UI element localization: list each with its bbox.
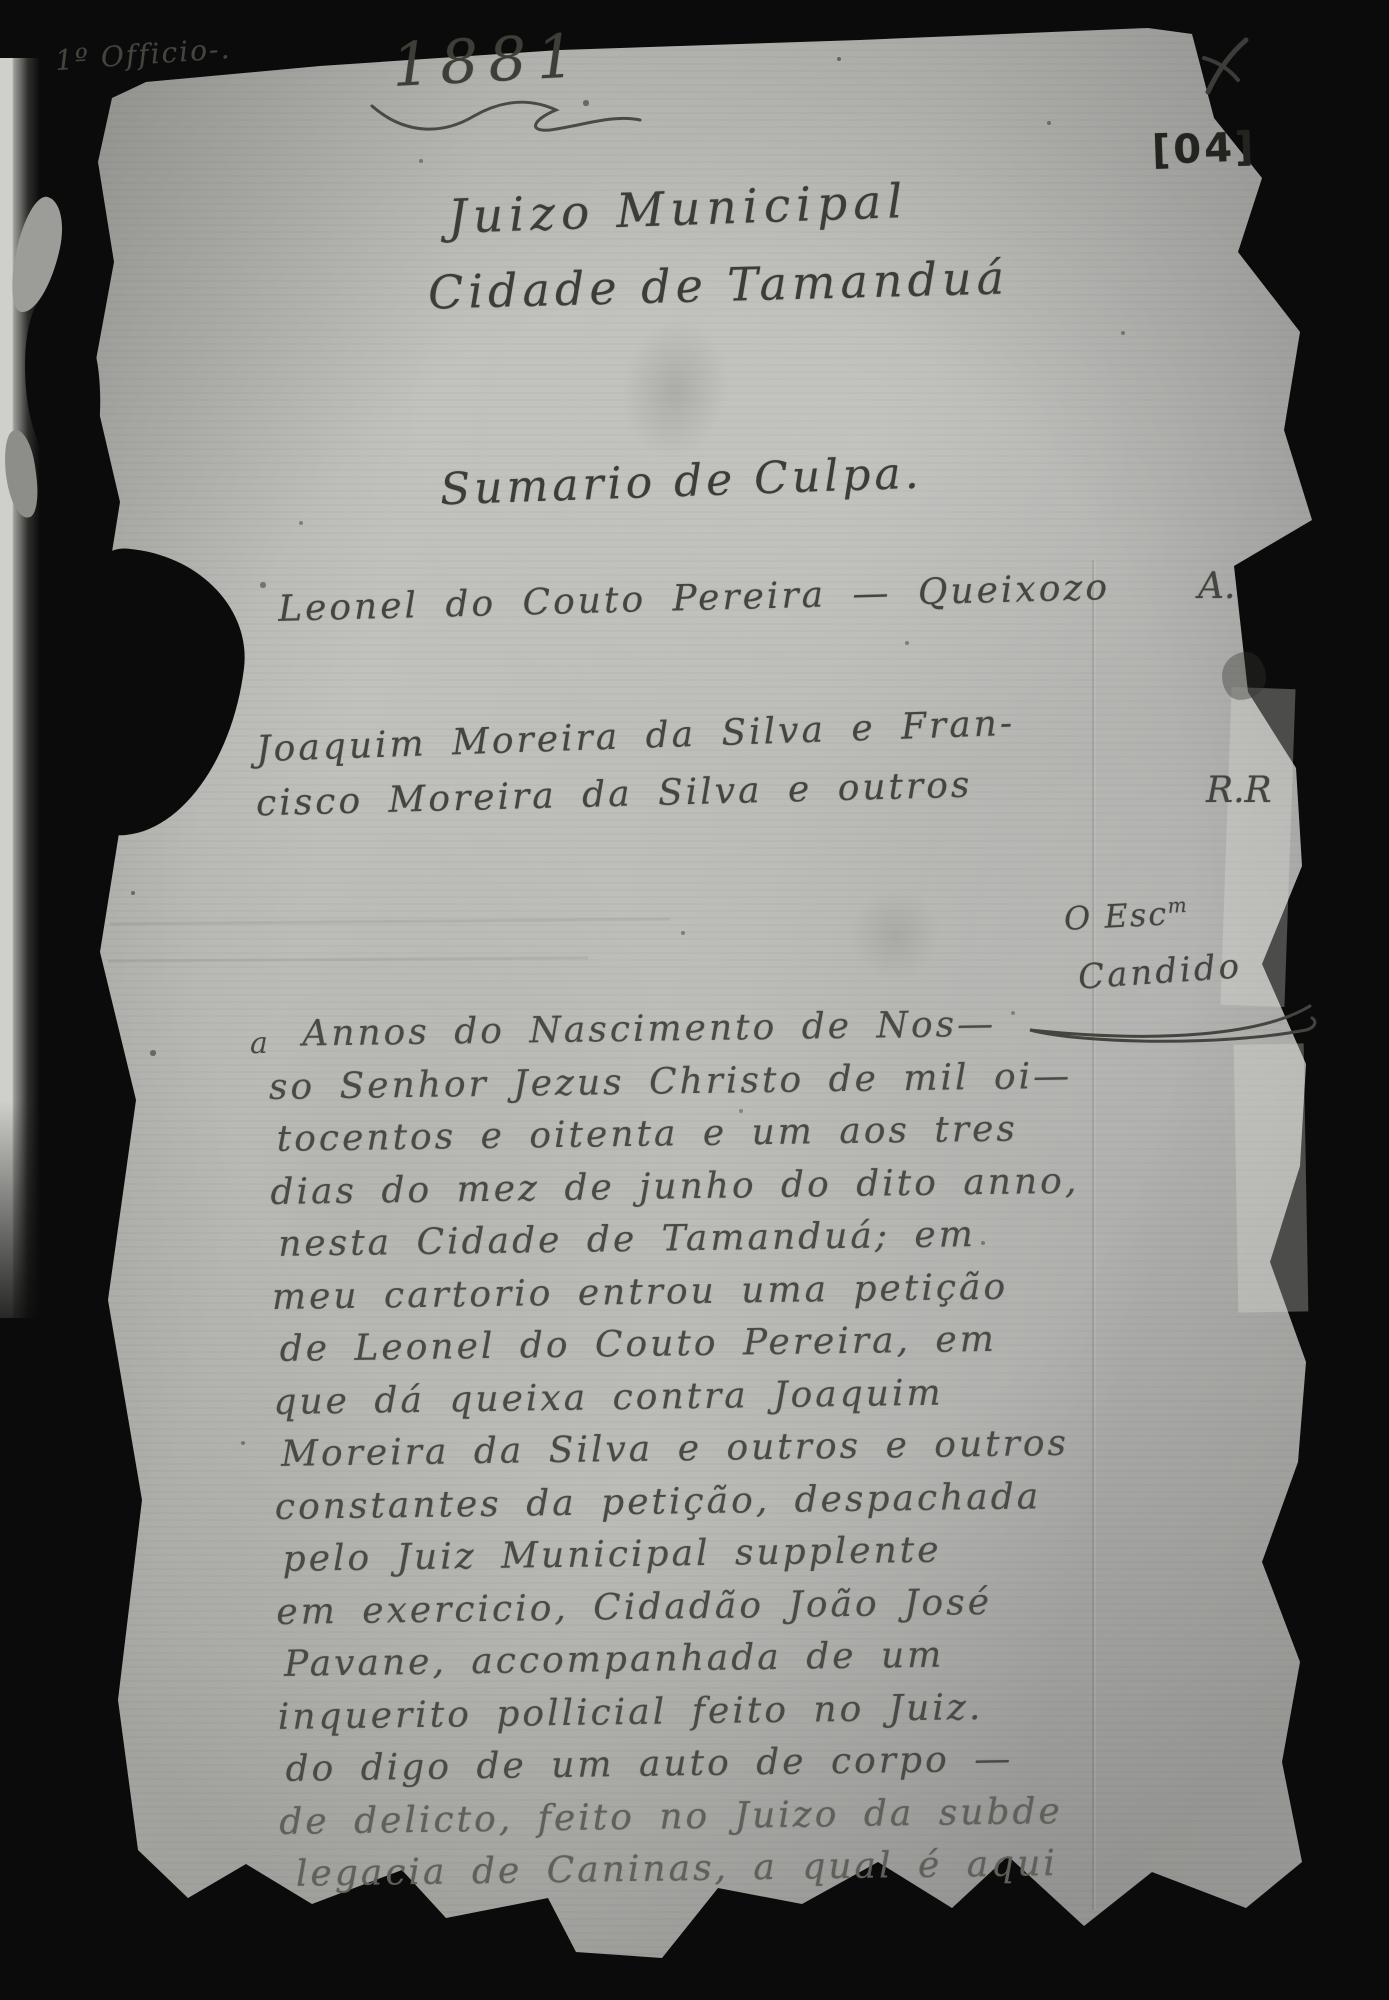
year-flourish bbox=[366, 92, 646, 140]
tape-repair bbox=[1234, 1043, 1309, 1312]
clerk-signature-title: O Escm bbox=[1063, 893, 1190, 938]
scanned-manuscript-page: 1º Officio-. 1881 [04] Juizo Municipal C… bbox=[0, 0, 1389, 2000]
defendants-mark: R.R bbox=[1206, 770, 1272, 811]
body-text-block: Annos do Nascimento de Nos— so Senhor Je… bbox=[268, 1003, 1089, 1907]
office-label: 1º Officio-. bbox=[54, 32, 232, 77]
fold-seam bbox=[1092, 560, 1094, 1910]
paragraph-lead-mark: a bbox=[250, 1026, 268, 1061]
corner-cross-icon bbox=[1196, 34, 1252, 98]
clerk-title-text: O Esc bbox=[1063, 895, 1169, 938]
plaintiff-mark: A. bbox=[1198, 566, 1235, 607]
body-line: legacia de Caninas, a qual é aqui bbox=[296, 1843, 1089, 1907]
ink-speckles bbox=[0, 0, 2, 2]
clerk-title-superscript: m bbox=[1167, 893, 1189, 918]
gutter-shadow bbox=[0, 1100, 40, 1400]
year-label: 1881 bbox=[390, 21, 586, 101]
stain bbox=[830, 870, 960, 1000]
page-number: [04] bbox=[1151, 124, 1257, 174]
